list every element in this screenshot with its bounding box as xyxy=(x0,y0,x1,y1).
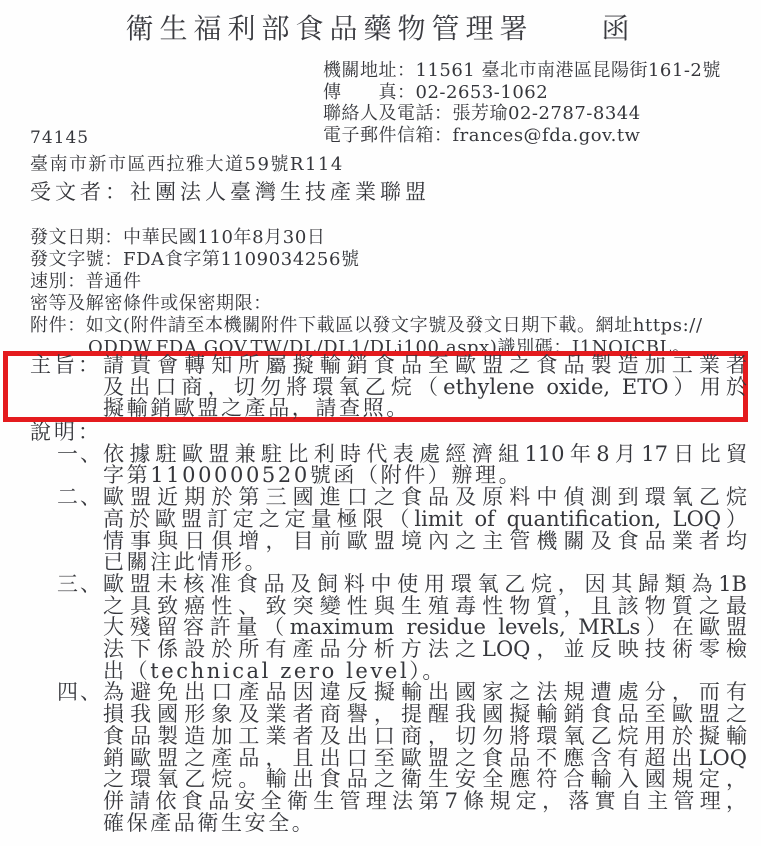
contact-line: 聯絡人及電話：張芳瑜02-2787-8344 xyxy=(323,103,721,125)
item-line: 已關注此情形。 xyxy=(103,552,747,574)
item-line: 銷歐盟之產品，且出口至歐盟之食品不應含有超出LOQ xyxy=(103,748,747,770)
item-line: 字第1100000520號函（附件）辦理。 xyxy=(103,465,747,487)
recipient-address: 臺南市新市區西拉雅大道59號R114 xyxy=(30,150,344,176)
item-text: 為避免出口產品因違反擬輸出國家之法規遭處分，而有損我國形象及業者商譽，提醒我國擬… xyxy=(103,682,747,834)
letter-meta-block: 發文日期：中華民國110年8月30日發文字號：FDA食字第1109034256號… xyxy=(30,227,703,359)
subject-line: 及出口商，切勿將環氧乙烷（ethylene oxide, ETO）用於 xyxy=(103,377,747,399)
subject-text: 請貴會轉知所屬擬輸銷食品至歐盟之食品製造加工業者及出口商，切勿將環氧乙烷（eth… xyxy=(103,355,747,420)
subject-line: 請貴會轉知所屬擬輸銷食品至歐盟之食品製造加工業者 xyxy=(103,355,747,377)
explanation-item: 二、歐盟近期於第三國進口之食品及原料中偵測到環氧乙烷高於歐盟訂定之定量極限（li… xyxy=(57,487,747,574)
item-number: 三、 xyxy=(57,574,103,683)
explanation-section: 說明： 一、依據駐歐盟兼駐比利時代表處經濟組110年8月17日比貿字第11000… xyxy=(30,422,747,834)
subject-section: 主旨： 請貴會轉知所屬擬輸銷食品至歐盟之食品製造加工業者及出口商，切勿將環氧乙烷… xyxy=(30,355,747,420)
meta-line: 發文字號：FDA食字第1109034256號 xyxy=(30,249,703,271)
item-text: 歐盟未核准食品及飼料中使用環氧乙烷，因其歸類為1B之具致癌性、致突變性與生殖毒性… xyxy=(103,574,747,683)
contact-line: 機關地址：11561 臺北市南港區昆陽街161-2號 xyxy=(323,60,721,82)
explanation-item: 四、為避免出口產品因違反擬輸出國家之法規遭處分，而有損我國形象及業者商譽，提醒我… xyxy=(57,682,747,834)
subject-line: 擬輸銷歐盟之產品，請查照。 xyxy=(103,398,747,420)
meta-line: 附件：如文(附件請至本機關附件下載區以發文字號及發文日期下載。網址https:/… xyxy=(30,315,703,337)
recipient-zip-code: 74145 xyxy=(30,128,89,148)
agency-contact-block: 機關地址：11561 臺北市南港區昆陽街161-2號傳 真：02-2653-10… xyxy=(323,60,721,146)
subject-label: 主旨： xyxy=(30,355,103,420)
item-line: 歐盟未核准食品及飼料中使用環氧乙烷，因其歸類為1B xyxy=(103,574,747,596)
explanation-label: 說明： xyxy=(30,422,747,444)
explanation-item: 一、依據駐歐盟兼駐比利時代表處經濟組110年8月17日比貿字第110000052… xyxy=(57,444,747,487)
item-line: 出（technical zero level）。 xyxy=(103,661,747,683)
meta-line: 發文日期：中華民國110年8月30日 xyxy=(30,227,703,249)
item-line: 依據駐歐盟兼駐比利時代表處經濟組110年8月17日比貿 xyxy=(103,444,747,466)
explanation-items: 一、依據駐歐盟兼駐比利時代表處經濟組110年8月17日比貿字第110000052… xyxy=(30,444,747,835)
contact-line: 傳 真：02-2653-1062 xyxy=(323,82,721,104)
item-line: 之環氧乙烷。輸出食品之衛生安全應符合輸入國規定， xyxy=(103,769,747,791)
contact-line: 電子郵件信箱：frances@fda.gov.tw xyxy=(323,125,721,147)
meta-line: 速別：普通件 xyxy=(30,271,703,293)
item-text: 歐盟近期於第三國進口之食品及原料中偵測到環氧乙烷高於歐盟訂定之定量極限（limi… xyxy=(103,487,747,574)
item-line: 法下係設於所有產品分析方法之LOQ，並反映技術零檢 xyxy=(103,639,747,661)
item-line: 損我國形象及業者商譽，提醒我國擬輸銷食品至歐盟之 xyxy=(103,704,747,726)
item-line: 併請依食品安全衛生管理法第7條規定，落實自主管理， xyxy=(103,791,747,813)
item-number: 一、 xyxy=(57,444,103,487)
item-line: 確保產品衛生安全。 xyxy=(103,813,747,835)
item-number: 四、 xyxy=(57,682,103,834)
document-title: 衛生福利部食品藥物管理署 函 xyxy=(0,7,761,47)
item-number: 二、 xyxy=(57,487,103,574)
item-line: 為避免出口產品因違反擬輸出國家之法規遭處分，而有 xyxy=(103,682,747,704)
item-text: 依據駐歐盟兼駐比利時代表處經濟組110年8月17日比貿字第1100000520號… xyxy=(103,444,747,487)
item-line: 大殘留容許量（maximum residue levels, MRLs）在歐盟 xyxy=(103,617,747,639)
meta-line: 密等及解密條件或保密期限： xyxy=(30,293,703,315)
item-line: 歐盟近期於第三國進口之食品及原料中偵測到環氧乙烷 xyxy=(103,487,747,509)
item-line: 食品製造加工業者及出口商，切勿將環氧乙烷用於擬輸 xyxy=(103,726,747,748)
item-line: 情事與日俱增，目前歐盟境內之主管機關及食品業者均 xyxy=(103,531,747,553)
explanation-item: 三、歐盟未核准食品及飼料中使用環氧乙烷，因其歸類為1B之具致癌性、致突變性與生殖… xyxy=(57,574,747,683)
item-line: 之具致癌性、致突變性與生殖毒性物質，且該物質之最 xyxy=(103,596,747,618)
item-line: 高於歐盟訂定之定量極限（limit of quantification, LOQ… xyxy=(103,509,747,531)
recipient-line: 受文者：社團法人臺灣生技產業聯盟 xyxy=(30,176,430,206)
official-letter-page: 衛生福利部食品藥物管理署 函 機關地址：11561 臺北市南港區昆陽街161-2… xyxy=(0,0,761,846)
